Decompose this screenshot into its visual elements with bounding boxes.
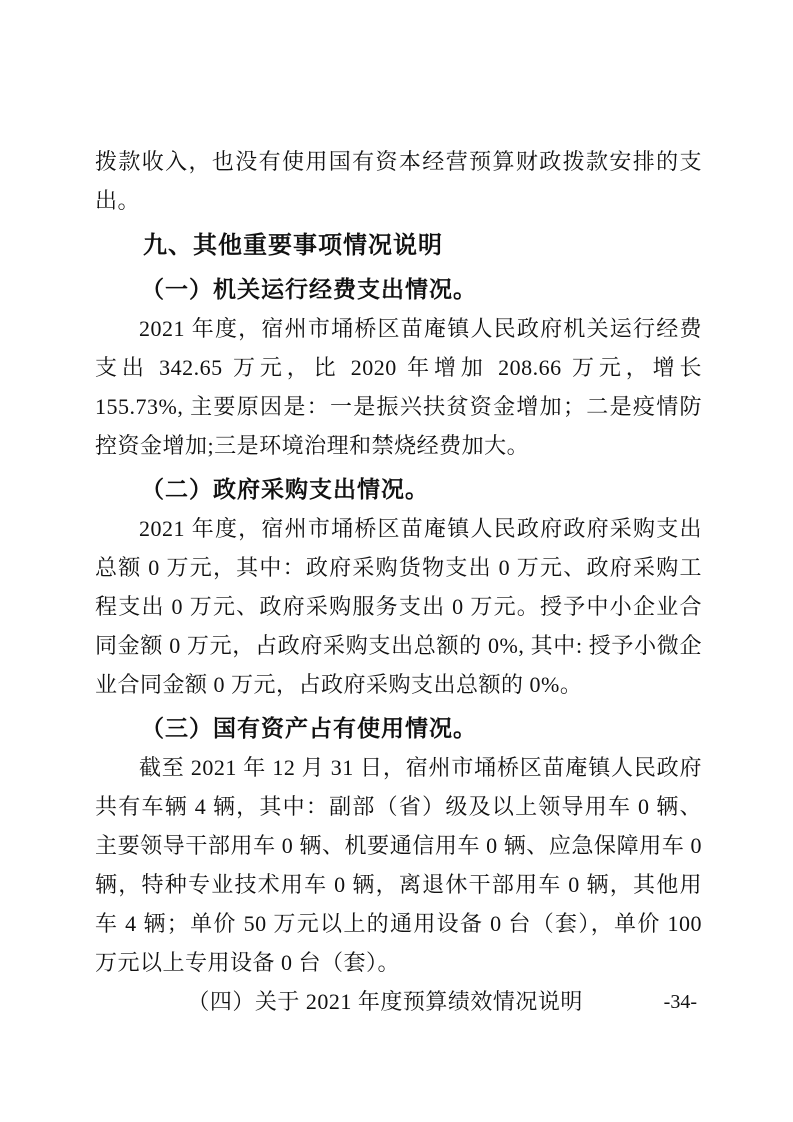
subsection-heading-government-procurement: （二）政府采购支出情况。 (95, 470, 702, 509)
document-page: 拨款收入，也没有使用国有资本经营预算财政拨款安排的支出。 九、其他重要事项情况说… (0, 0, 793, 1122)
section-heading-other-important-matters: 九、其他重要事项情况说明 (95, 226, 702, 265)
paragraph-continuation: 拨款收入，也没有使用国有资本经营预算财政拨款安排的支出。 (95, 142, 702, 220)
document-content: 拨款收入，也没有使用国有资本经营预算财政拨款安排的支出。 九、其他重要事项情况说… (95, 142, 702, 1021)
subsection-heading-budget-performance: （四）关于 2021 年度预算绩效情况说明 (95, 982, 702, 1021)
paragraph-state-assets: 截至 2021 年 12 月 31 日，宿州市埇桥区苗庵镇人民政府共有车辆 4 … (95, 748, 702, 982)
page-number: -34- (664, 988, 697, 1016)
subsection-heading-agency-operating-expenses: （一）机关运行经费支出情况。 (95, 270, 702, 309)
paragraph-agency-operating-expenses: 2021 年度，宿州市埇桥区苗庵镇人民政府机关运行经费支出 342.65 万元，… (95, 309, 702, 465)
subsection-heading-state-assets: （三）国有资产占有使用情况。 (95, 709, 702, 748)
paragraph-government-procurement: 2021 年度，宿州市埇桥区苗庵镇人民政府政府采购支出总额 0 万元，其中：政府… (95, 509, 702, 704)
